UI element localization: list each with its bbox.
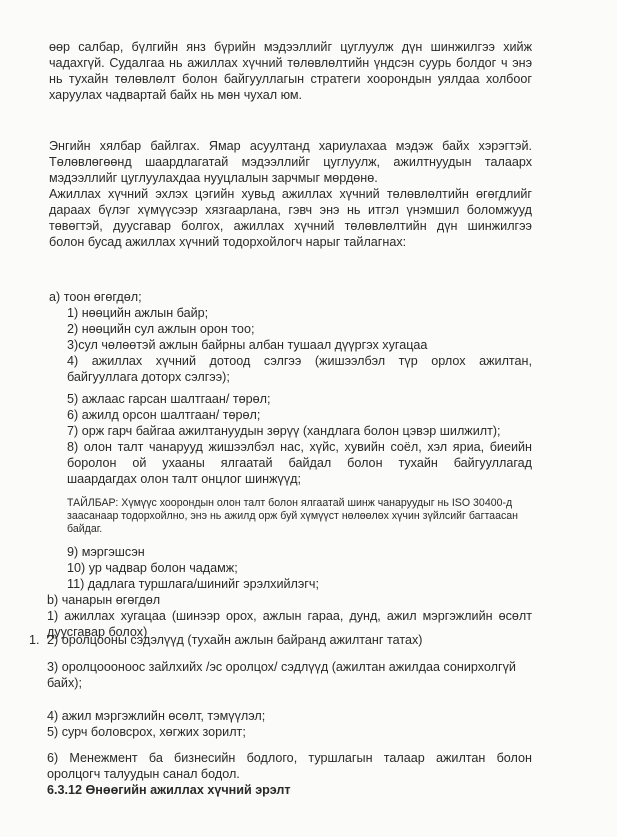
paragraph-2-line: Энгийн хялбар байлгах. Ямар асуултанд ха…	[49, 138, 532, 154]
paragraph-2-line: Төлөвлөгөөнд шаардлагатай мэдээллийг цуг…	[49, 154, 532, 170]
list-item: 1) ажиллах хугацаа (шинээр орох, ажлын г…	[47, 608, 532, 624]
paragraph-3-line: төвөгтэй, дуусгавар болгох, ажиллах хүчн…	[49, 218, 532, 234]
list-item: 9) мэргэшсэн	[67, 544, 145, 560]
note-line: заасанаар тодорхойлно, энэ нь ажилд орж …	[67, 510, 518, 524]
list-item: 10) ур чадвар болон чадамж;	[67, 560, 238, 576]
list-item: 8) олон талт чанарууд жишээлбэл нас, хүй…	[67, 439, 532, 455]
list-item: 6) Менежмент ба бизнесийн бодлого, туршл…	[47, 750, 532, 766]
list-item-continuation: боролон ой ухааны ялгаатай байдал болон …	[67, 455, 532, 471]
list-item: 5) сурч боловсрох, хөгжих зорилт;	[47, 724, 246, 740]
list-item-continuation: байгууллага доторх сэлгээ);	[67, 369, 230, 385]
note-line: ТАЙЛБАР: Хүмүүс хоорондын олон талт боло…	[67, 497, 512, 511]
list-item-continuation: шаардагдах олон талт онцлог шинжүүд;	[67, 471, 301, 487]
paragraph-3-line: Ажиллах хүчний эхлэх цэгийн хувьд ажилла…	[49, 186, 532, 202]
list-item: 11) дадлага туршлага/шинийг эрэлхийлэгч;	[67, 576, 319, 592]
list-item: 1) нөөцийн ажлын байр;	[67, 305, 208, 321]
paragraph-1-line: харуулах чадвартай байх нь мөн чухал юм.	[49, 87, 302, 103]
list-item: 3) оролцоооноос зайлхийх /эс оролцох/ сэ…	[47, 659, 516, 675]
paragraph-3-line: болон бусад ажиллах хүчний тодорхойлогч …	[49, 234, 406, 250]
paragraph-2-line: мэдээллийг цуглуулахдаа нууцлалын зарчмы…	[49, 170, 378, 186]
section-a-heading: a) тоон өгөгдөл;	[49, 289, 142, 305]
list-item: 5) ажлаас гарсан шалтгаан/ төрөл;	[67, 391, 271, 407]
list-number-marker: 1.	[29, 632, 40, 648]
list-item: 2) оролцооны сэдэлүүд (тухайн ажлын байр…	[47, 632, 422, 648]
list-item: 4) ажил мэргэжлийн өсөлт, тэмүүлэл;	[47, 708, 265, 724]
note-line: байдаг.	[67, 523, 102, 537]
list-item: 2) нөөцийн сул ажлын орон тоо;	[67, 321, 254, 337]
list-item: 3)сул чөлөөтэй ажлын байрны албан тушаал…	[67, 337, 427, 353]
list-item-continuation: байх);	[47, 675, 82, 691]
paragraph-1-line: чадахгүй. Судалгаа нь ажиллах хүчний төл…	[49, 55, 532, 71]
section-b-heading: b) чанарын өгөгдөл	[47, 592, 160, 608]
document-page: өөр салбар, бүлгийн янз бүрийн мэдээллий…	[0, 0, 617, 837]
list-item-continuation: оролцогч талуудын санал бодол.	[47, 766, 240, 782]
list-item: 7) орж гарч байгаа ажилтануудын зөрүү (х…	[67, 423, 501, 439]
list-item: 6) ажилд орсон шалтгаан/ төрөл;	[67, 407, 260, 423]
section-heading: 6.3.12 Өнөөгийн ажиллах хүчний эрэлт	[47, 782, 291, 798]
paragraph-3-line: дараах бүлэг хүмүүсээр хязгаарлана, гэвч…	[49, 202, 532, 218]
paragraph-1-line: нь тухайн төлөвлөлт болон байгууллагын с…	[49, 71, 532, 87]
list-item: 4) ажиллах хүчний дотоод сэлгээ (жишээлб…	[67, 353, 532, 369]
paragraph-1-line: өөр салбар, бүлгийн янз бүрийн мэдээллий…	[49, 39, 532, 55]
